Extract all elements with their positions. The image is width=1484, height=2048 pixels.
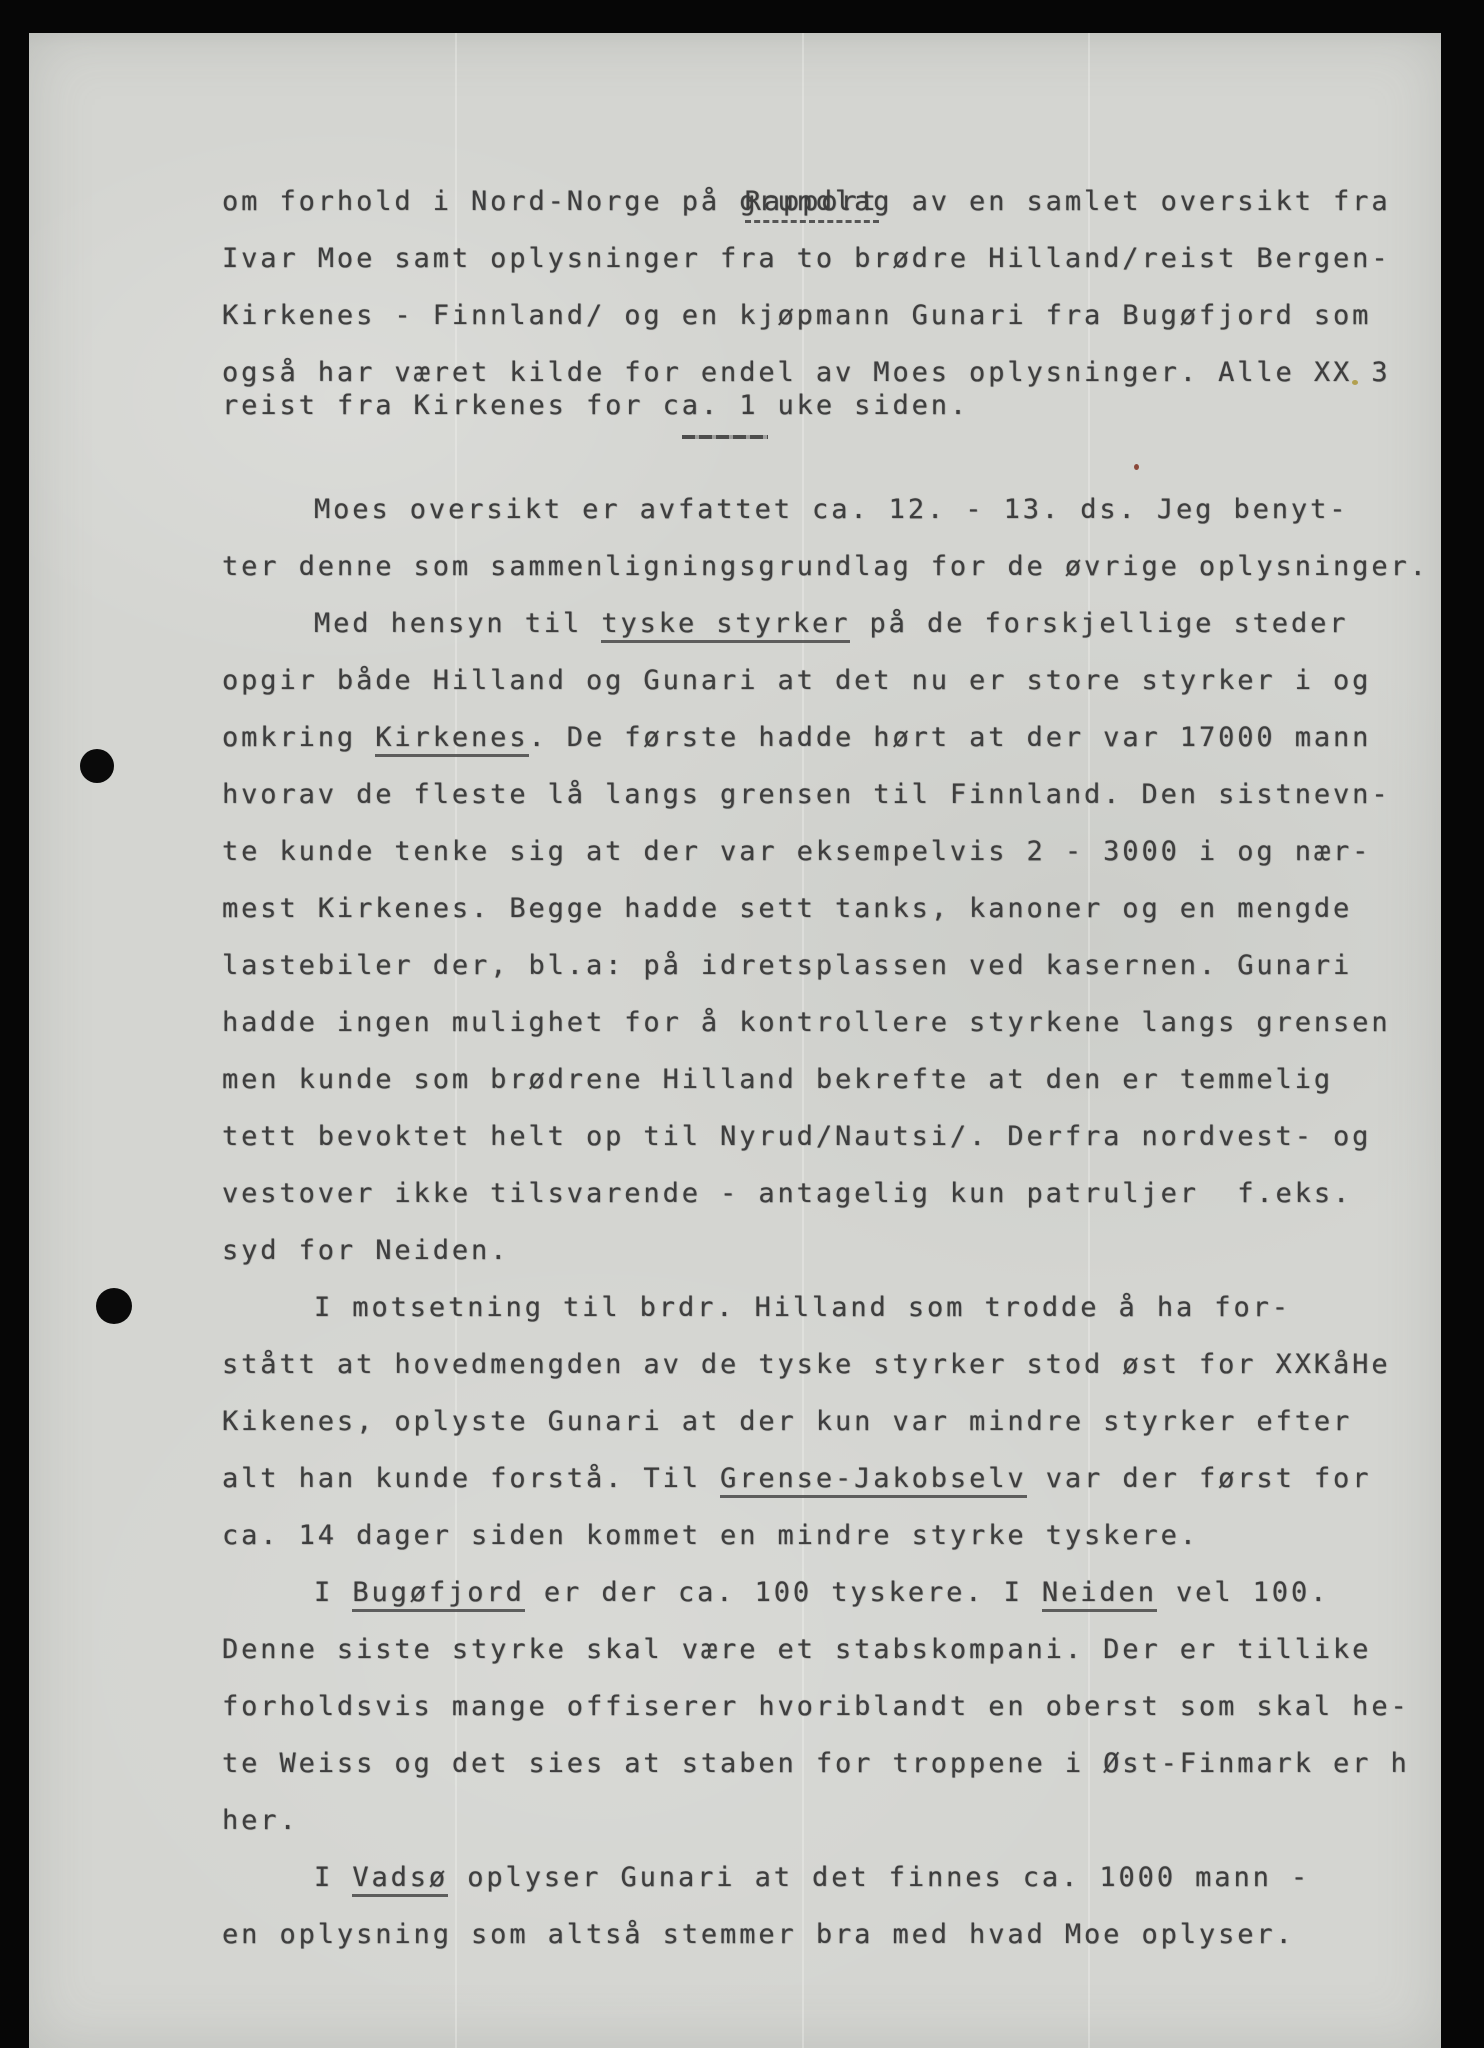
text-segment: hvorav de fleste lå langs grensen til Fi… — [222, 779, 1390, 810]
text-line: Med hensyn til tyske styrker på de forsk… — [222, 595, 1447, 652]
text-line: ca. 14 dager siden kommet en mindre styr… — [222, 1507, 1447, 1564]
text-segment: en oplysning som altså stemmer bra med h… — [222, 1919, 1295, 1950]
underlined-text: Vadsø — [352, 1862, 448, 1897]
text-segment: Moes oversikt er avfattet ca. 12. - 13. … — [314, 494, 1348, 525]
text-segment: på de forskjellige steder — [850, 608, 1348, 639]
text-line: te kunde tenke sig at der var eksempelvi… — [222, 823, 1447, 880]
text-line: lastebiler der, bl.a: på idretsplassen v… — [222, 937, 1447, 994]
text-line: Moes oversikt er avfattet ca. 12. - 13. … — [222, 481, 1447, 538]
text-line: I motsetning til brdr. Hilland som trodd… — [222, 1279, 1447, 1336]
text-segment: er der ca. 100 tyskere. I — [525, 1577, 1042, 1608]
text-line: alt han kunde forstå. Til Grense-Jakobse… — [222, 1450, 1447, 1507]
text-line: men kunde som brødrene Hilland bekrefte … — [222, 1051, 1447, 1108]
text-line: ter denne som sammenligningsgrundlag for… — [222, 538, 1447, 595]
scan-background: { "page": { "background_color": "#060606… — [0, 0, 1484, 2048]
document-text: Rapport om forhold i Nord-Norge på grund… — [222, 0, 1447, 1963]
document-title: Rapport — [222, 116, 1447, 173]
text-segment: vel 100. — [1157, 1577, 1329, 1608]
text-segment: Ivar Moe samt oplysninger fra to brødre … — [222, 243, 1390, 274]
text-segment: oplyser Gunari at det finnes ca. 1000 ma… — [448, 1862, 1310, 1893]
text-segment: Med hensyn til — [314, 608, 601, 639]
underlined-text: Neiden — [1042, 1577, 1157, 1612]
text-segment: vestover ikke tilsvarende - antagelig ku… — [222, 1178, 1352, 1209]
text-segment: var der først for — [1027, 1463, 1372, 1494]
text-segment: te Weiss og det sies at staben for tropp… — [222, 1748, 1410, 1779]
text-segment: Kikenes, oplyste Gunari at der kun var m… — [222, 1406, 1352, 1437]
underlined-text: Grense-Jakobselv — [720, 1463, 1027, 1498]
text-segment: te kunde tenke sig at der var eksempelvi… — [222, 836, 1371, 867]
text-line: hadde ingen mulighet for å kontrollere s… — [222, 994, 1447, 1051]
paragraph-separator — [682, 435, 768, 439]
text-segment: Kirkenes - Finnland/ og en kjøpmann Guna… — [222, 300, 1371, 331]
text-segment: alt han kunde forstå. Til — [222, 1463, 720, 1494]
text-segment: lastebiler der, bl.a: på idretsplassen v… — [222, 950, 1352, 981]
text-line: tett bevoktet helt op til Nyrud/Nautsi/.… — [222, 1108, 1447, 1165]
text-segment: forholdsvis mange offiserer hvoriblandt … — [222, 1691, 1410, 1722]
hole-punch — [80, 749, 114, 783]
text-segment: ca. 14 dager siden kommet en mindre styr… — [222, 1520, 1199, 1551]
text-line: Kikenes, oplyste Gunari at der kun var m… — [222, 1393, 1447, 1450]
text-line: vestover ikke tilsvarende - antagelig ku… — [222, 1165, 1447, 1222]
text-line: hvorav de fleste lå langs grensen til Fi… — [222, 766, 1447, 823]
text-line: en oplysning som altså stemmer bra med h… — [222, 1906, 1447, 1963]
text-line: omkring Kirkenes. De første hadde hørt a… — [222, 709, 1447, 766]
text-segment: om forhold i Nord-Norge på grundlag av e… — [222, 186, 1390, 217]
text-segment: også har været kilde for endel av Moes o… — [222, 357, 1390, 388]
hole-punch — [96, 1288, 132, 1324]
text-line: te Weiss og det sies at staben for tropp… — [222, 1735, 1447, 1792]
text-segment: I motsetning til brdr. Hilland som trodd… — [314, 1292, 1291, 1323]
text-line: I Vadsø oplyser Gunari at det finnes ca.… — [222, 1849, 1447, 1906]
text-line: opgir både Hilland og Gunari at det nu e… — [222, 652, 1447, 709]
text-segment: I — [314, 1862, 352, 1893]
text-segment: reist fra Kirkenes for ca. 1 uke siden. — [222, 390, 969, 421]
text-line: forholdsvis mange offiserer hvoriblandt … — [222, 1678, 1447, 1735]
text-line: stått at hovedmengden av de tyske styrke… — [222, 1336, 1447, 1393]
text-segment: stått at hovedmengden av de tyske styrke… — [222, 1349, 1390, 1380]
text-line: Kirkenes - Finnland/ og en kjøpmann Guna… — [222, 287, 1447, 344]
text-segment: ter denne som sammenligningsgrundlag for… — [222, 551, 1429, 582]
text-segment: Denne siste styrke skal være et stabskom… — [222, 1634, 1371, 1665]
text-segment: hadde ingen mulighet for å kontrollere s… — [222, 1007, 1390, 1038]
text-segment: syd for Neiden. — [222, 1235, 509, 1266]
text-segment: omkring — [222, 722, 375, 753]
text-segment: her. — [222, 1805, 299, 1836]
text-line: mest Kirkenes. Begge hadde sett tanks, k… — [222, 880, 1447, 937]
text-line: I Bugøfjord er der ca. 100 tyskere. I Ne… — [222, 1564, 1447, 1621]
text-segment: . De første hadde hørt at der var 17000 … — [529, 722, 1372, 753]
text-segment: mest Kirkenes. Begge hadde sett tanks, k… — [222, 893, 1352, 924]
text-line: her. — [222, 1792, 1447, 1849]
text-segment: men kunde som brødrene Hilland bekrefte … — [222, 1064, 1333, 1095]
text-line: Denne siste styrke skal være et stabskom… — [222, 1621, 1447, 1678]
underlined-text: Bugøfjord — [352, 1577, 524, 1612]
text-segment: opgir både Hilland og Gunari at det nu e… — [222, 665, 1371, 696]
text-segment: I — [314, 1577, 352, 1608]
text-line: Ivar Moe samt oplysninger fra to brødre … — [222, 230, 1447, 287]
text-line: syd for Neiden. — [222, 1222, 1447, 1279]
underlined-text: tyske styrker — [601, 608, 850, 643]
text-segment: tett bevoktet helt op til Nyrud/Nautsi/.… — [222, 1121, 1371, 1152]
underlined-text: Kirkenes — [375, 722, 528, 757]
text-line: om forhold i Nord-Norge på grundlag av e… — [222, 173, 1447, 230]
